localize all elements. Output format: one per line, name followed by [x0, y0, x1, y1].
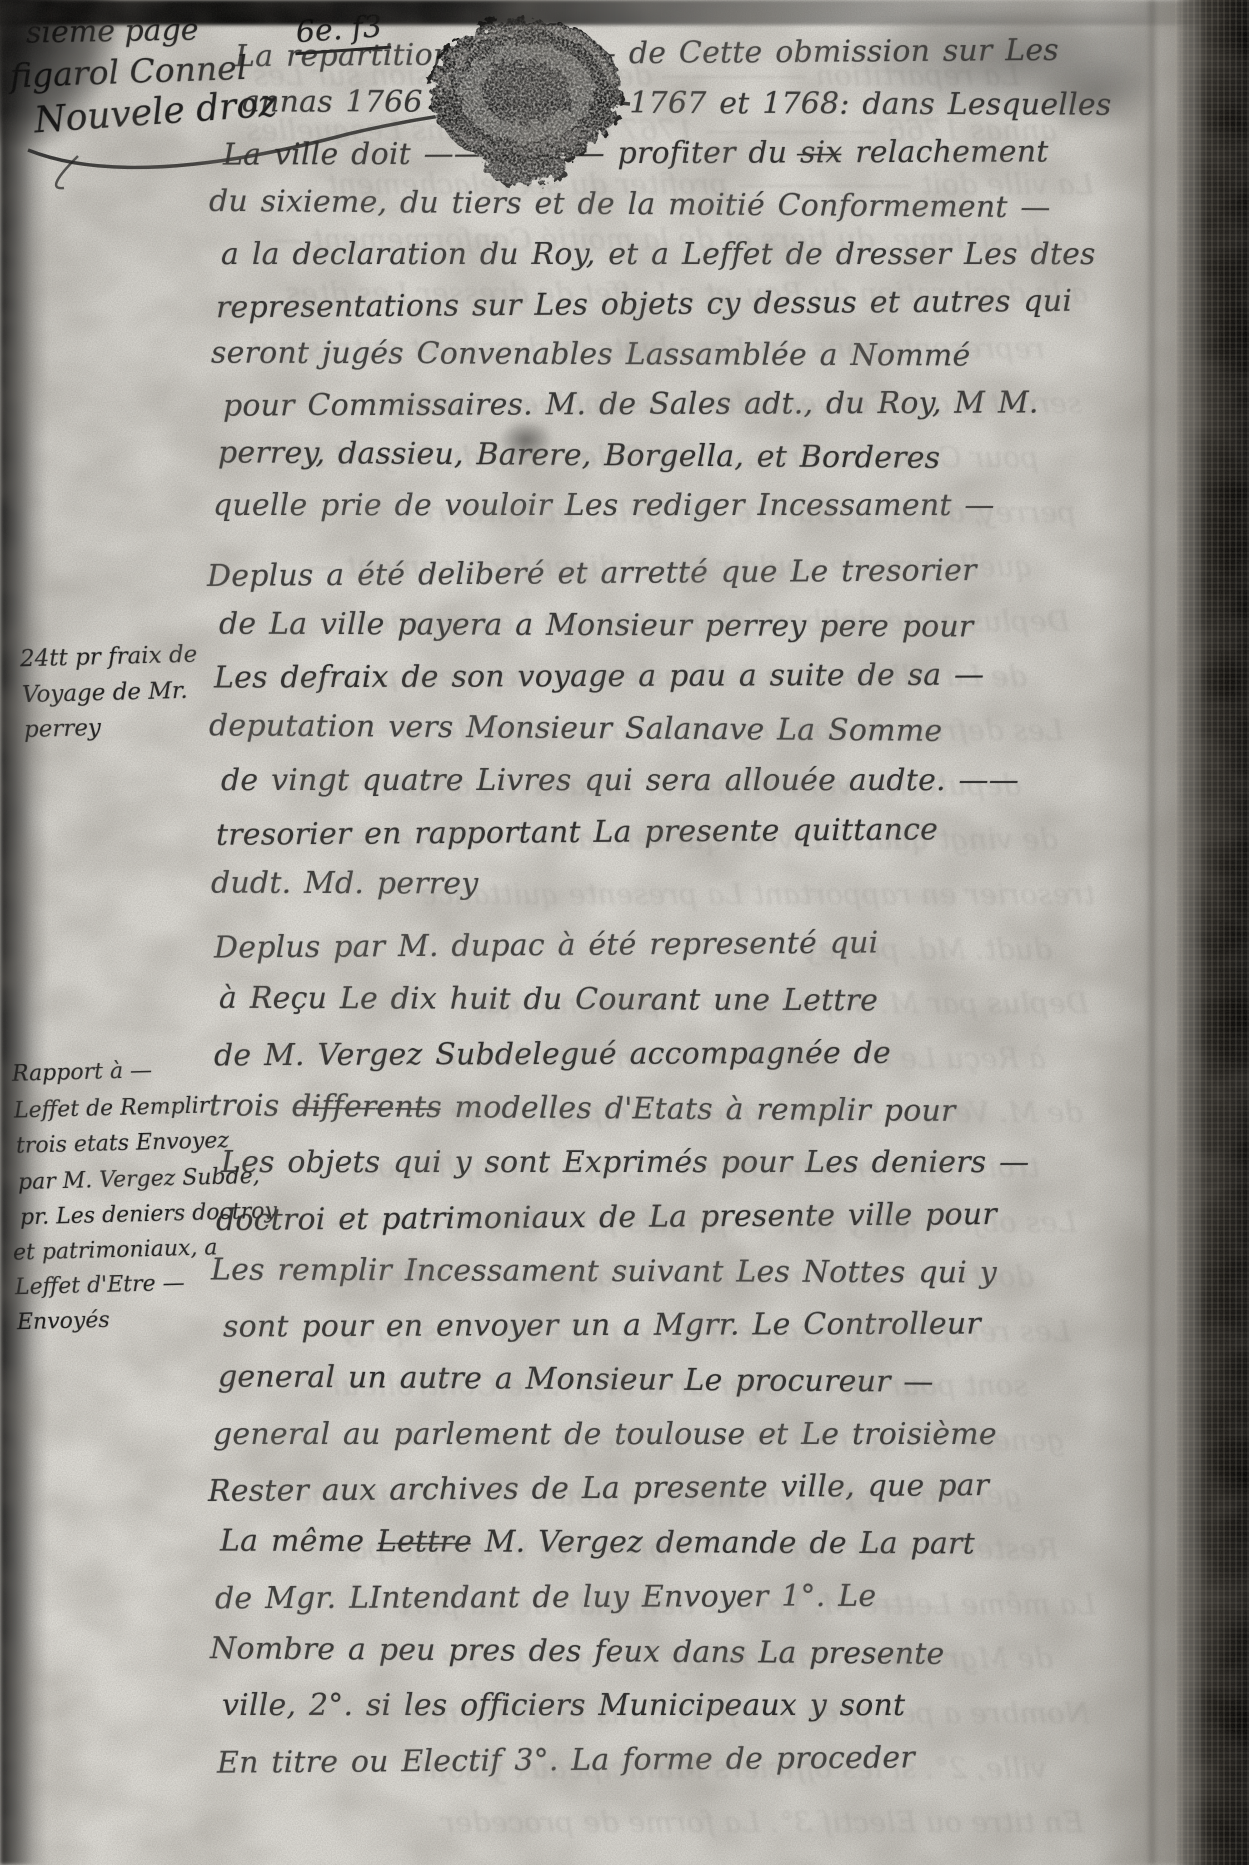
manuscript-line: En titre ou Electif 3°. La forme de proc…: [217, 1740, 915, 1780]
manuscript-line: Les remplir Incessament suivant Les Nott…: [211, 1252, 997, 1290]
manuscript-line: annas 1766 —————— 1767 et 1768: dans Les…: [242, 85, 1112, 123]
manuscript-line: dudt. Md. perrey: [211, 866, 479, 902]
manuscript-line: quelle prie de vouloir Les rediger Inces…: [213, 488, 995, 523]
manuscript-line: general au parlement de toulouse et Le t…: [213, 1417, 997, 1452]
manuscript-line: deputation vers Monsieur Salanave La Som…: [209, 708, 943, 749]
manuscript-line: ville, 2°. si les officiers Municipeaux …: [222, 1688, 905, 1723]
manuscript-line: à Reçu Le dix huit du Courant une Lettre: [219, 981, 878, 1019]
manuscript-line: perrey, dassieu, Barere, Borgella, et Bo…: [218, 435, 940, 476]
page-top-edge: [0, 0, 1249, 25]
manuscript-line: de La ville payera a Monsieur perrey per…: [219, 606, 974, 644]
ink-stamp: [398, 4, 658, 192]
manuscript-line: La même L̶e̶t̶t̶r̶e̶ M. Vergez demande d…: [220, 1524, 975, 1562]
manuscript-line: Rester aux archives de La presente ville…: [208, 1468, 989, 1509]
manuscript-line: seront jugés Convenables Lassamblée a No…: [211, 336, 971, 374]
manuscript-line: pour Commissaires. M. de Sales adt., du …: [223, 386, 1039, 424]
manuscript-page: La repartition ————— de Cette obmission …: [0, 0, 1249, 1865]
manuscript-line: general un autre a Monsieur Le procureur…: [218, 1360, 934, 1400]
manuscript-line: de M. Vergez Subdelegué accompagnée de: [214, 1035, 891, 1073]
manuscript-line: trois d̶i̶f̶f̶e̶r̶e̶n̶t̶s̶ modelles d'Et…: [209, 1088, 956, 1129]
manuscript-line: a la declaration du Roy, et a Leffet de …: [221, 237, 1096, 272]
manuscript-line: Deplus a été deliberé et arretté que Le …: [207, 553, 977, 594]
manuscript-line: de vingt quatre Livres qui sera allouée …: [221, 763, 1019, 798]
manuscript-line: Les defraix de son voyage a pau a suite …: [214, 658, 984, 696]
manuscript-body: La repartition ————— de Cette obmission …: [0, 0, 1249, 1865]
manuscript-line: sont pour en envoyer un a Mgrr. Le Contr…: [223, 1307, 981, 1345]
manuscript-line: Deplus par M. dupac à été representé qui: [214, 925, 879, 965]
manuscript-line: tresorier en rapportant La presente quit…: [216, 812, 938, 853]
manuscript-line: de Mgr. LIntendant de luy Envoyer 1°. Le: [215, 1578, 876, 1616]
manuscript-line: Nombre a peu pres des feux dans La prese…: [210, 1631, 945, 1672]
manuscript-line: Les objets qui y sont Exprimés pour Les …: [221, 1145, 1029, 1180]
manuscript-line: representations sur Les objets cy dessus…: [216, 284, 1072, 326]
manuscript-line: doctroi et patrimoniaux de La presente v…: [216, 1197, 997, 1238]
book-binding-edge: [1175, 0, 1249, 1865]
page-left-edge: [0, 0, 48, 1865]
